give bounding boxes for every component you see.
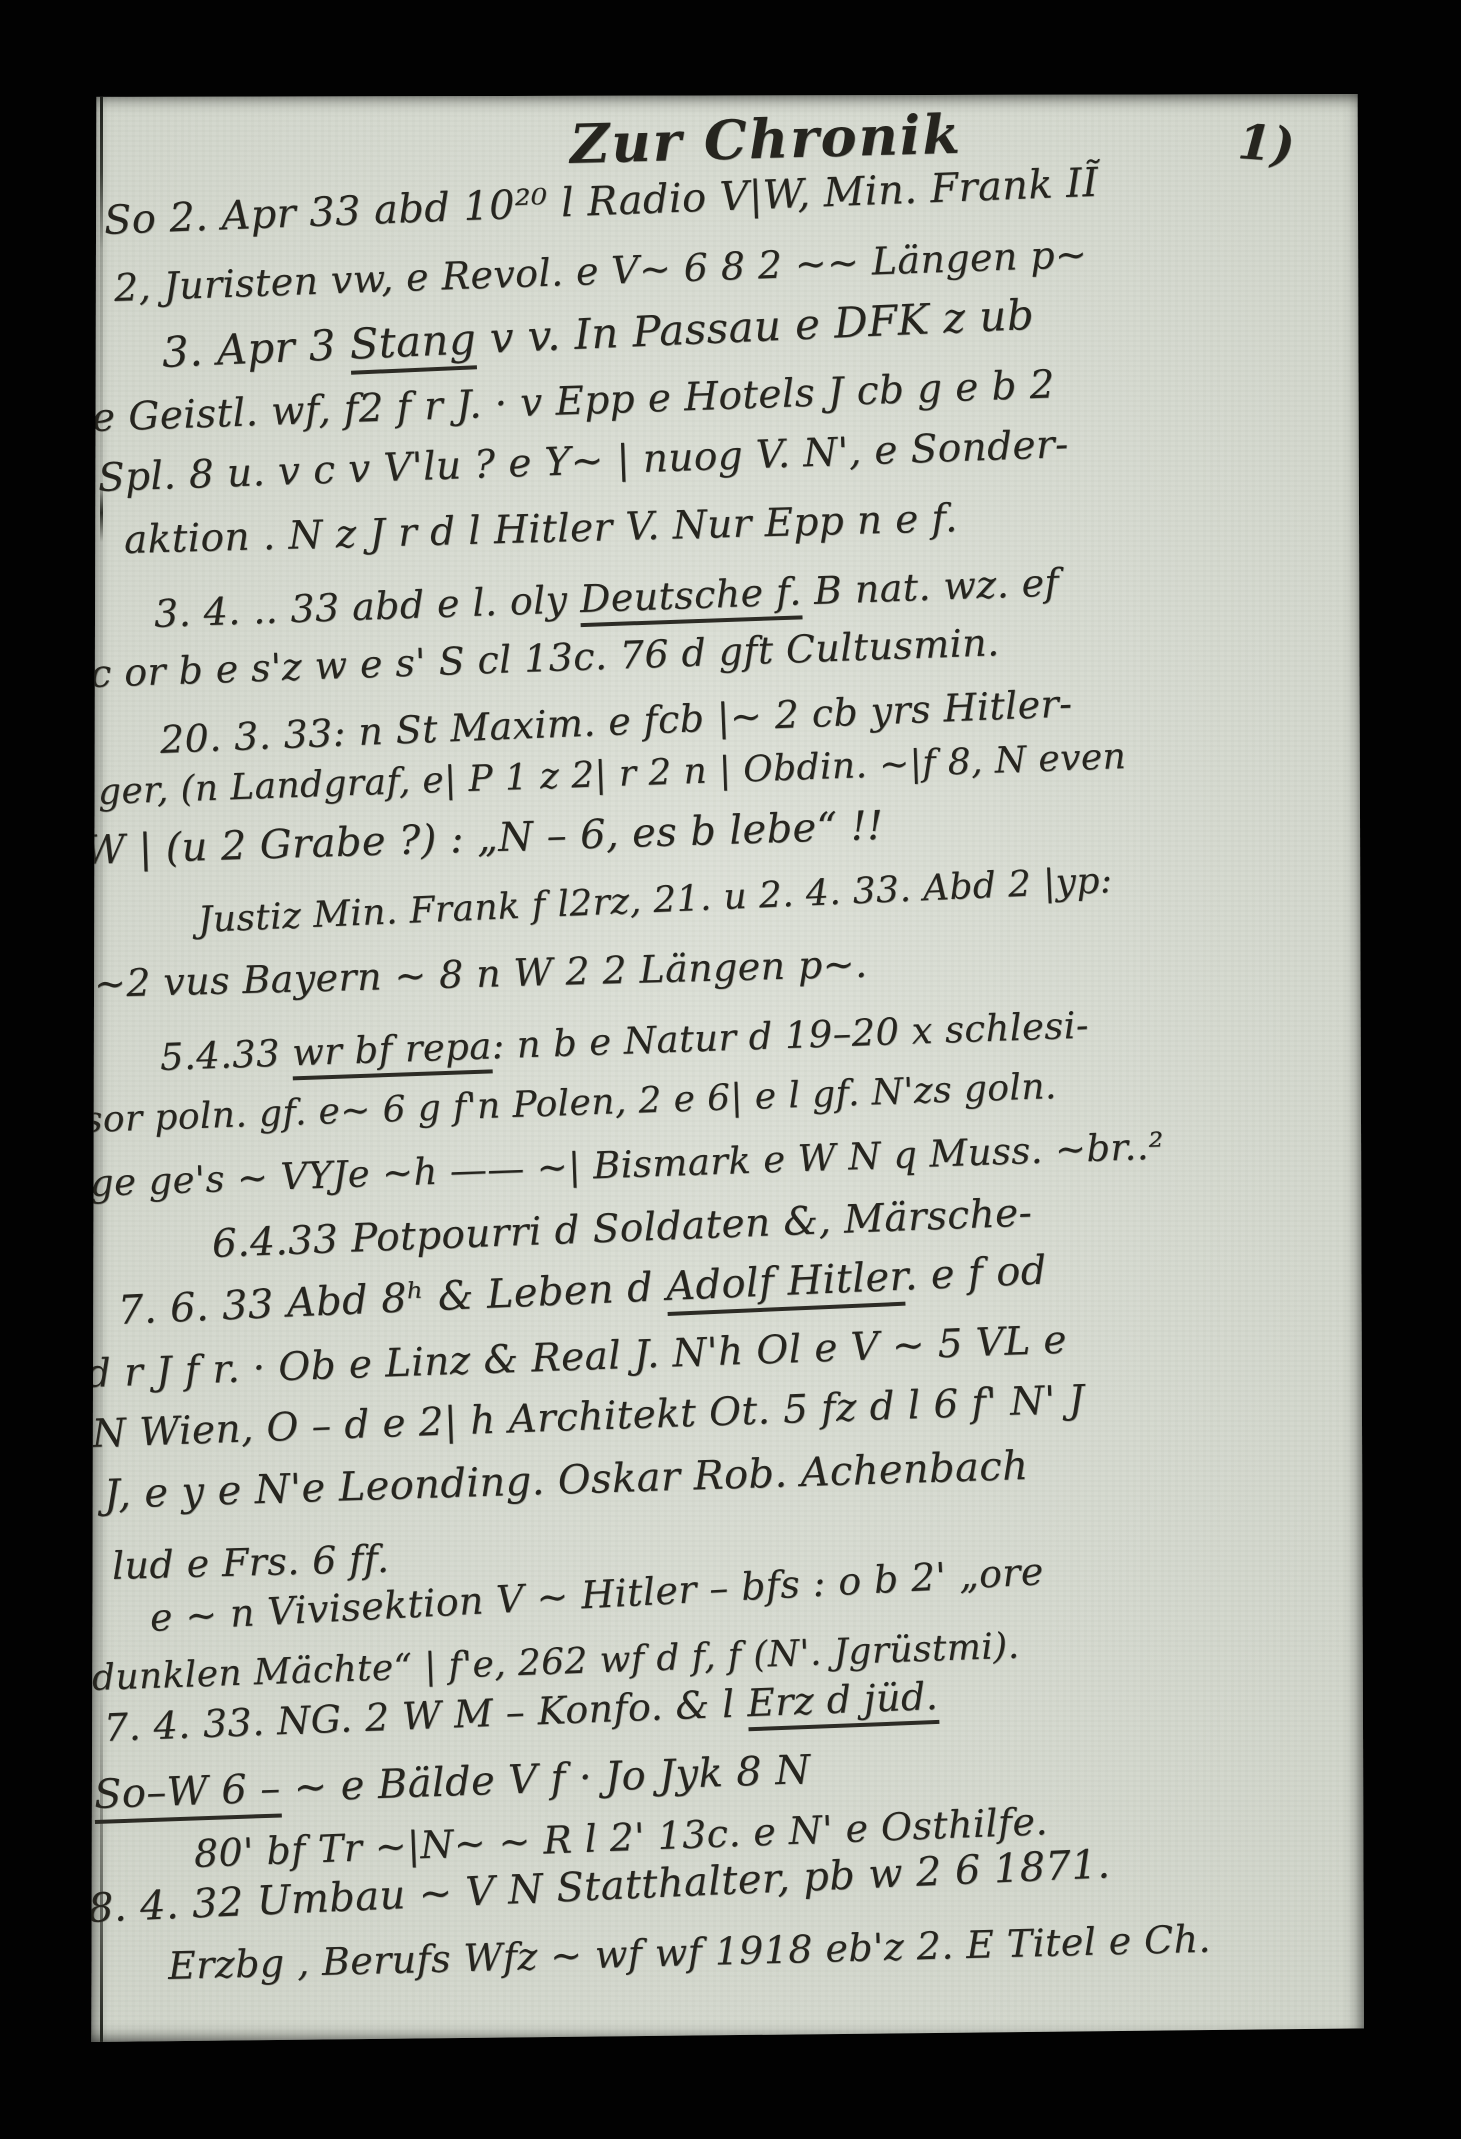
page-title: Zur Chronik (569, 102, 962, 176)
underlined-text: So–W 6 – (93, 1765, 281, 1823)
underlined-text: Deutsche f. (579, 569, 802, 627)
line-text: B nat. wz. ef (801, 560, 1060, 613)
underlined-text: Stang (349, 314, 478, 374)
line-text: v v. In Passau e DFK z ub (475, 290, 1035, 363)
page-number: 1) (1236, 114, 1297, 174)
line-12: Justiz Min. Frank f l2rz, 21. u 2. 4. 33… (197, 860, 1113, 941)
line-text: 3. 4. .. 33 abd e l. oly (153, 577, 580, 636)
line-text: ~2 vus Bayern ~ 8 n W 2 2 Längen p~. (93, 942, 868, 1006)
line-text: . e f od (904, 1247, 1048, 1299)
line-text: sor poln. gf. e~ 6 g f'n Polen, 2 e 6| e… (83, 1066, 1057, 1141)
line-text: : n b e Natur d 19–20 x schlesi- (491, 1004, 1090, 1068)
line-text: aktion . N z J r d l Hitler V. Nur Epp n… (123, 496, 958, 563)
underlined-text: Erz d jüd. (746, 1674, 939, 1731)
line-text: 7. 6. 33 Abd 8ʰ & Leben d (117, 1264, 667, 1334)
line-text: Erzbg , Berufs Wfz ~ wf wf 1918 eb'z 2. … (167, 1917, 1211, 1988)
line-14: 5.4.33 wr bf repa: n b e Natur d 19–20 x… (159, 1004, 1089, 1079)
line-13: ~2 vus Bayern ~ 8 n W 2 2 Längen p~. (93, 942, 868, 1006)
line-22: lud e Frs. 6 ff. (111, 1537, 389, 1588)
line-11: W | (u 2 Grabe ?) : „N – 6, es b lebe“ !… (83, 803, 884, 874)
line-text: ~ e Bälde V f · Jo Jyk 8 N (280, 1747, 812, 1811)
line-21: J, e y e N'e Leonding. Oskar Rob. Achenb… (103, 1443, 1029, 1518)
line-text: 5.4.33 (159, 1031, 293, 1079)
line-06: aktion . N z J r d l Hitler V. Nur Epp n… (123, 496, 958, 563)
line-text: lud e Frs. 6 ff. (111, 1537, 389, 1588)
manuscript-page: Zur Chronik 1) So 2. Apr 33 abd 10²⁰ l R… (90, 94, 1364, 2042)
line-29: Erzbg , Berufs Wfz ~ wf wf 1918 eb'z 2. … (167, 1917, 1211, 1988)
underlined-text: Adolf Hitler (665, 1254, 906, 1316)
line-26: So–W 6 – ~ e Bälde V f · Jo Jyk 8 N (93, 1747, 811, 1818)
line-text: J, e y e N'e Leonding. Oskar Rob. Achenb… (103, 1443, 1029, 1518)
line-15: sor poln. gf. e~ 6 g f'n Polen, 2 e 6| e… (83, 1066, 1057, 1141)
page-fold-crease (100, 94, 103, 2042)
underlined-text: wr bf repa (291, 1024, 492, 1080)
line-text: 3. Apr 3 (161, 320, 351, 377)
line-text: Justiz Min. Frank f l2rz, 21. u 2. 4. 33… (197, 860, 1113, 941)
line-text: W | (u 2 Grabe ?) : „N – 6, es b lebe“ !… (83, 803, 884, 874)
